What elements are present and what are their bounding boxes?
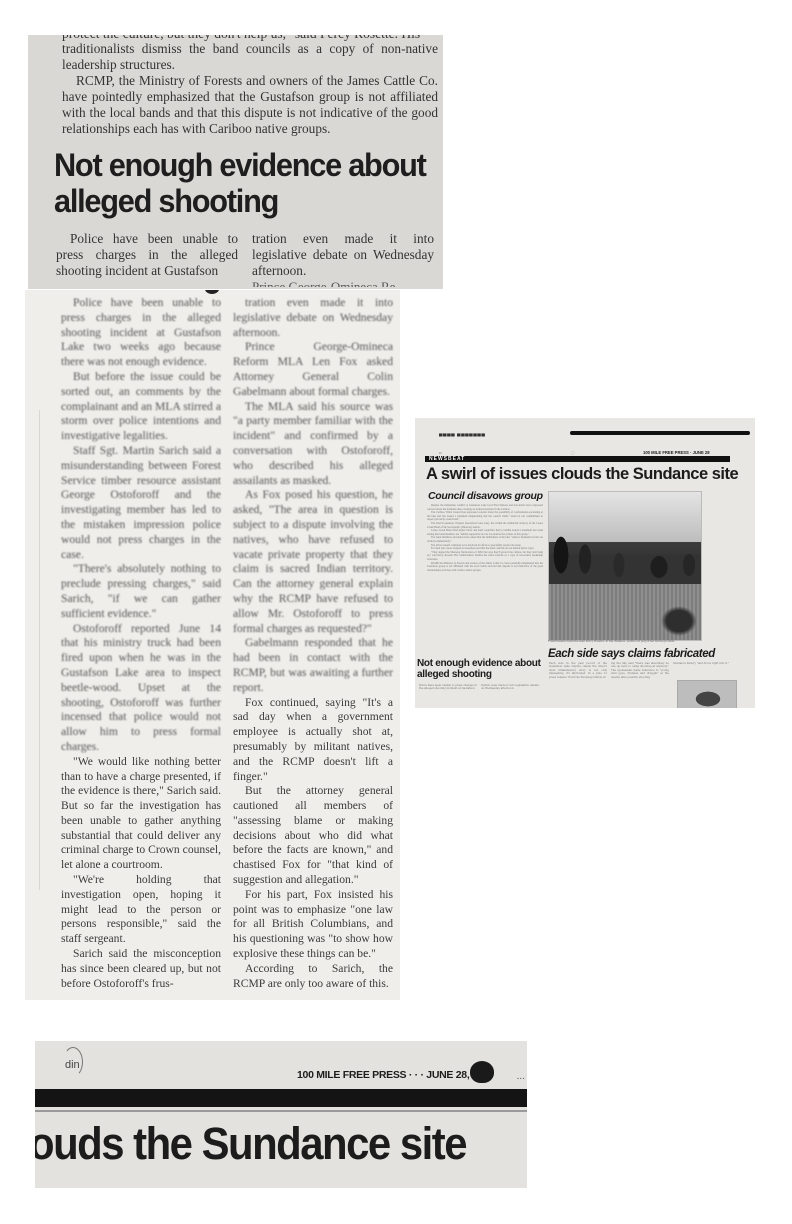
page-marker: ▫ — [439, 450, 442, 455]
article-column-right: tration even made it into legislative de… — [233, 296, 393, 991]
paragraph: Fox continued, saying "It's a sad day wh… — [233, 696, 393, 785]
paragraph: The spokesman made reference to "young w… — [611, 669, 669, 679]
page-main-headline: A swirl of issues clouds the Sundance si… — [426, 465, 746, 483]
hat-photo — [677, 680, 737, 708]
previous-page-masthead: ▀▀▀▀ ▀▀▀▀▀▀▀ — [439, 434, 485, 440]
column: Each side in the past record of the Gust… — [549, 662, 607, 679]
paragraph: "They signed the Shuswap Declaration of … — [427, 551, 543, 562]
headline: Not enough evidence about alleged shooti… — [54, 147, 428, 219]
photo-caption: Traditionalist medicine man Percy Rosett… — [548, 640, 700, 643]
paragraph: Gabelmann responded that he had been in … — [233, 636, 393, 695]
paragraph: ing the Sky said "there was absolutely n… — [611, 662, 669, 668]
cut-off-text-line: Prince George-Omineca Re- — [252, 279, 442, 287]
lede-columns: Police have been unable to press charges… — [56, 231, 441, 279]
paper-punch-mark — [205, 290, 219, 294]
trailing-dots: ... — [517, 1071, 525, 1082]
rule-line — [35, 1110, 527, 1112]
paragraph: Despite the immediate conflict at Gustaf… — [427, 504, 543, 511]
paragraph: traditionalists dismiss the band council… — [62, 41, 438, 73]
paragraph: "We would like nothing better than to ha… — [61, 755, 221, 873]
sub-headline-fabricated: Each side says claims fabricated — [548, 648, 715, 660]
paragraph: Police have been unable to press charges… — [61, 296, 221, 370]
column: Sundance history "and drove right into i… — [673, 662, 731, 679]
newspaper-page-thumbnail: ▀▀▀▀ ▀▀▀▀▀▀▀ ▫ ◌ 100 MILE FREE PRESS · J… — [415, 418, 755, 708]
paragraph: RCMP, the Ministry of Forests and owners… — [62, 73, 438, 137]
article-clip-top: protect the culture, but they don't help… — [28, 35, 443, 289]
column: ing the Sky said "there was absolutely n… — [611, 662, 669, 679]
article-column-left: Police have been unable to press charges… — [61, 296, 221, 991]
fabricated-article-columns: Each side in the past record of the Gust… — [549, 662, 731, 679]
column: tration even made it into legislative de… — [481, 684, 539, 691]
paragraph: Sarich said the misconception has since … — [61, 947, 221, 991]
paragraph: But the attorney general cautioned all m… — [233, 784, 393, 888]
paragraph: The Cariboo Tribal Council has expressed… — [427, 511, 543, 522]
ink-smudge — [470, 1061, 494, 1083]
sub-headline-council: Council disavows group — [428, 490, 543, 502]
paragraph: The MLA said his source was "a party mem… — [233, 400, 393, 489]
section-bar: NEWSBEAT — [425, 456, 730, 462]
sub-headline-shooting: Not enough evidence about alleged shooti… — [417, 658, 547, 680]
paragraph: Canoe Creek Band chief Agnes Snow and ba… — [427, 529, 543, 536]
paragraph: For his part, Fox insisted his point was… — [233, 888, 393, 962]
masthead-strip-clip: din 100 MILE FREE PRESS · · · JUNE 28, .… — [35, 1041, 527, 1188]
page-folio: 100 MILE FREE PRESS · JUNE 28 — [643, 450, 710, 455]
lede-column-1: Police have been unable to press charges… — [56, 231, 238, 279]
lede-column-2: tration even made it into legislative de… — [252, 231, 434, 279]
council-article-text: Despite the immediate conflict at Gustaf… — [427, 504, 543, 572]
article-clip-body: Police have been unable to press charges… — [25, 290, 400, 1000]
photo-shrub — [661, 606, 697, 636]
article-continuation: traditionalists dismiss the band council… — [62, 41, 438, 137]
paragraph: The band members and elders have asked t… — [427, 536, 543, 543]
paragraph: Staff Sgt. Martin Sarich said a misunder… — [61, 444, 221, 562]
section-bar — [35, 1089, 527, 1107]
paragraph: Prince George-Omineca Reform MLA Len Fox… — [233, 340, 393, 399]
column: Police have been unable to press charges… — [419, 684, 477, 691]
paragraph: tration even made it into legislative de… — [233, 296, 393, 340]
paragraph: But before the issue could be sorted out… — [61, 370, 221, 444]
paragraph: Sundance history "and drove right into i… — [673, 662, 729, 665]
left-fragment-text: din — [65, 1059, 80, 1071]
section-tag: NEWSBEAT — [427, 456, 467, 462]
shooting-lede-columns: Police have been unable to press charges… — [419, 684, 539, 691]
fold-line — [39, 410, 40, 890]
paragraph: As Fox posed his question, he asked, "Th… — [233, 488, 393, 636]
paragraph: RCMP, the Ministry of Forests and owners… — [427, 562, 543, 573]
previous-page-rule — [570, 431, 750, 435]
paragraph: Ostoforoff reported June 14 that his min… — [61, 622, 221, 755]
headline-fragment: ouds the Sundance site — [35, 1119, 466, 1169]
paragraph: "There's absolutely nothing to preclude … — [61, 562, 221, 621]
paragraph: The land in question, Ts'peten (Gustafso… — [427, 522, 543, 529]
page-folio: 100 MILE FREE PRESS · · · JUNE 28, — [297, 1069, 469, 1081]
photo-trees — [549, 525, 701, 584]
paragraph: "We're holding that investigation open, … — [61, 873, 221, 947]
landscape-photo — [548, 491, 702, 641]
paragraph: According to Sarich, the RCMP are only t… — [233, 962, 393, 992]
page-marker: ◌ — [571, 450, 575, 455]
